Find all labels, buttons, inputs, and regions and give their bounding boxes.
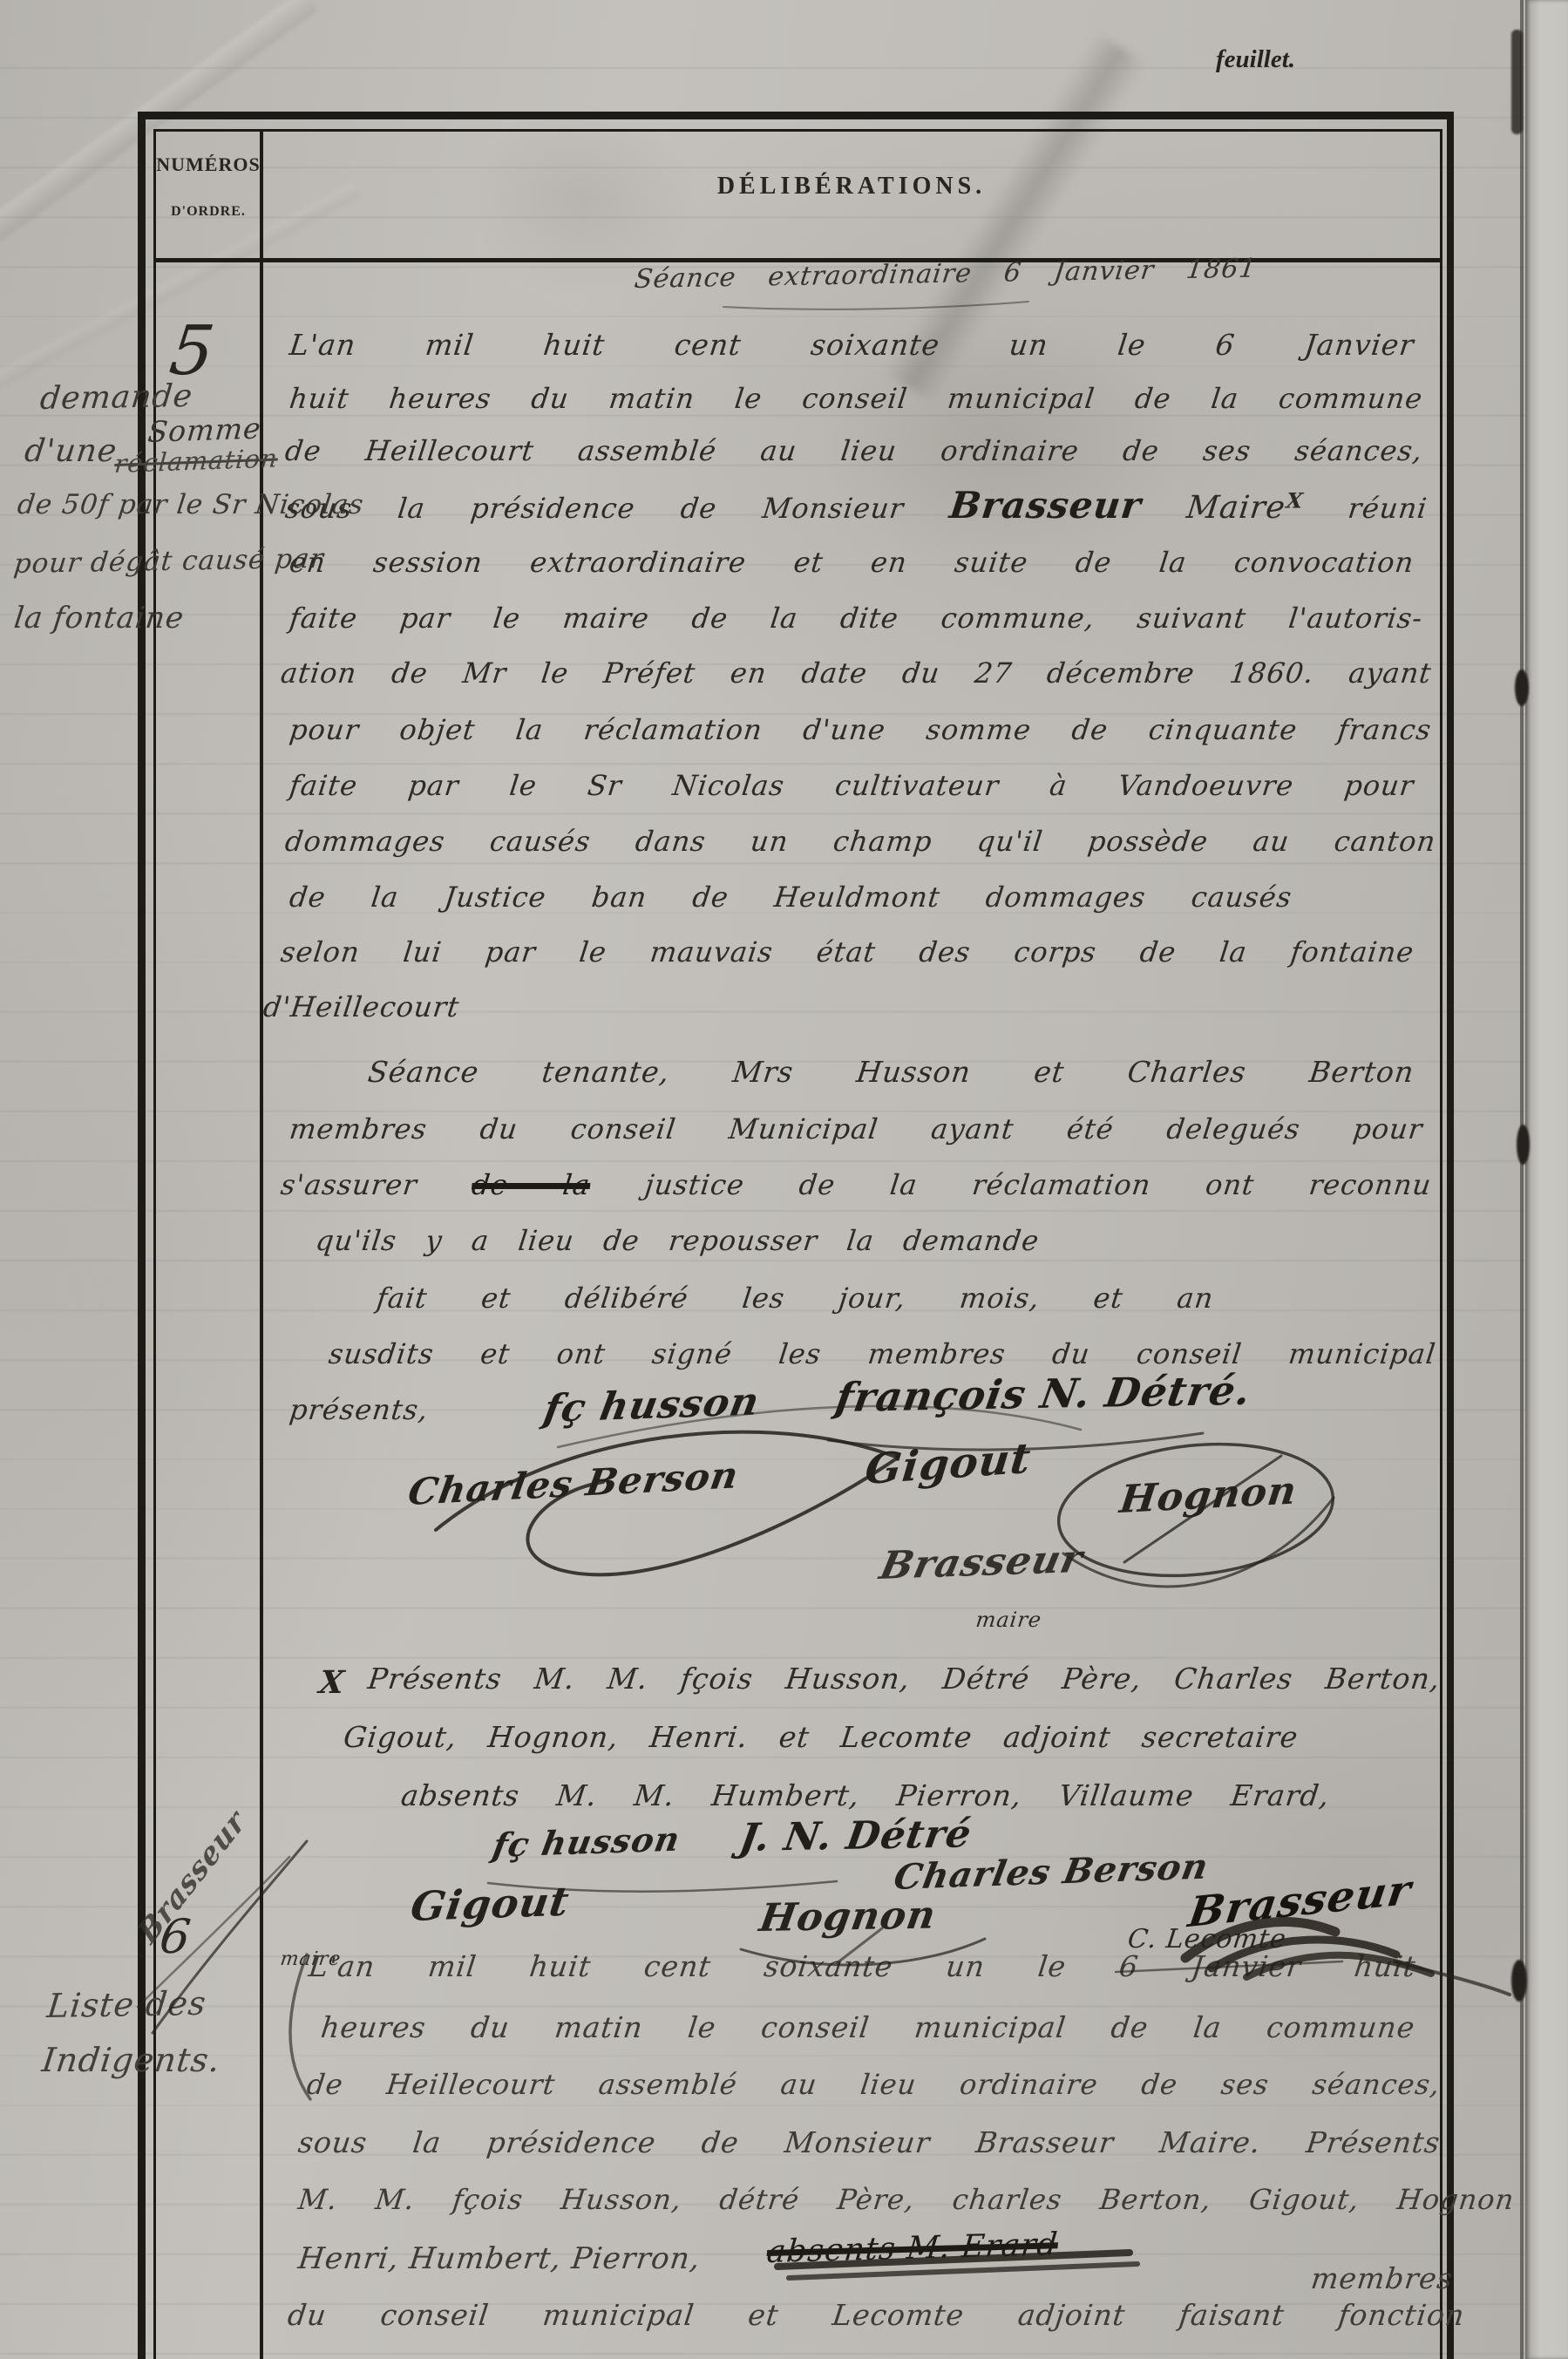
- folio-label: feuillet.: [1216, 45, 1295, 74]
- signature-husson: fç husson: [490, 1821, 683, 1865]
- binding-hole: [1515, 670, 1529, 706]
- binding-hole: [1517, 1125, 1530, 1165]
- signature-hognon: Hognon: [757, 1893, 939, 1940]
- signature-berson: Charles Berson: [405, 1454, 742, 1513]
- deliberation-line: du conseil municipal et Lecomte adjoint …: [286, 2300, 1467, 2332]
- presidence-text: Maire: [1184, 490, 1287, 526]
- struck-words: de la: [470, 1168, 592, 1201]
- deliberation-line: Henri, Humbert, Pierron,: [296, 2242, 703, 2275]
- document-page: feuillet. NUMÉROS D'ORDRE. DÉLIBÉRATIONS…: [0, 0, 1568, 2359]
- signature-detre: J. N. Détré: [736, 1812, 974, 1859]
- footnote-line: Présents M. M. fçois Husson, Détré Père,…: [366, 1663, 1442, 1696]
- deliberation-line: M. M. fçois Husson, détré Père, charles …: [296, 2185, 1516, 2216]
- deliberation-line: s'assurer de la justice de la réclamatio…: [279, 1170, 1433, 1201]
- table-border-top-inner: [153, 129, 1442, 132]
- struck-words: absents M. Erard: [765, 2227, 1060, 2270]
- footnote-line: absents M. M. Humbert, Pierron, Villaume…: [399, 1780, 1332, 1812]
- presidence-text: sous la présidence de Monsieur: [283, 492, 906, 525]
- signature-detre: françois N. Détré.: [832, 1369, 1254, 1421]
- margin-note-line: Indigents.: [40, 2042, 222, 2079]
- page-edge: [1525, 0, 1568, 2359]
- deliberation-line: dommages causés dans un champ qu'il poss…: [283, 826, 1437, 858]
- name-brasseur: Brasseur: [947, 484, 1144, 527]
- margin-note-line: d'une: [23, 434, 119, 469]
- deliberation-line: d'Heillecourt: [261, 992, 461, 1023]
- binding-hole: [1511, 1960, 1527, 2002]
- margin-note-line: demande: [38, 379, 194, 417]
- signature-hognon: Hognon: [1117, 1470, 1300, 1522]
- deliberation-line: fait et délibéré les jour, mois, et an: [375, 1283, 1215, 1315]
- deliberation-line: heures du matin le conseil municipal de …: [319, 2012, 1417, 2044]
- deliberation-line: ation de Mr le Préfet en date du 27 déce…: [279, 658, 1433, 690]
- margin-note-line: pour dégât causé par: [12, 544, 325, 580]
- footnote-mark-inline: X: [1285, 487, 1305, 513]
- deliberation-line: membres du conseil Municipal ayant été d…: [288, 1114, 1424, 1146]
- deliberation-line: faite par le Sr Nicolas cultivateur à Va…: [288, 771, 1415, 802]
- deliberation-line: en session extraordinaire et en suite de…: [288, 547, 1415, 579]
- table-border-top-outer: [138, 112, 1454, 119]
- signature-gigout: Gigout: [408, 1880, 573, 1930]
- binding-mark: [1511, 30, 1523, 134]
- margin-note-struck: réclamation: [113, 445, 279, 479]
- signature-berson: Charles Berson: [891, 1848, 1212, 1898]
- column-header-deliberations: DÉLIBÉRATIONS.: [263, 173, 1440, 201]
- deliberation-line-presidence: sous la présidence de Monsieur Brasseur …: [283, 485, 1430, 526]
- deliberation-line: L'an mil huit cent soixante un le 6 Janv…: [288, 330, 1416, 362]
- deliberation-line: pour objet la réclamation d'une somme de…: [288, 715, 1433, 746]
- flourish-stroke: [723, 302, 1028, 309]
- deliberation-line: sous la présidence de Monsieur Brasseur …: [296, 2127, 1442, 2159]
- deliberation-line: Séance tenante, Mrs Husson et Charles Be…: [366, 1057, 1416, 1089]
- deliberation-line: huit heures du matin le conseil municipa…: [288, 384, 1424, 415]
- footnote-mark: X: [317, 1665, 347, 1700]
- column-header-dordre: D'ORDRE.: [156, 204, 261, 220]
- deliberation-line: présents,: [288, 1395, 431, 1426]
- footnote-line: Gigout, Hognon, Henri. et Lecomte adjoin…: [342, 1722, 1300, 1754]
- deliberation-text: justice de la réclamation ont reconnu: [643, 1168, 1434, 1201]
- binding-fold-line: [1520, 0, 1524, 2359]
- deliberation-line: de Heillecourt assemblé au lieu ordinair…: [305, 2070, 1442, 2101]
- deliberation-line: L'an mil huit cent soixante un le 6 Janv…: [307, 1951, 1418, 1983]
- deliberation-line: susdits et ont signé les membres du cons…: [327, 1339, 1437, 1370]
- signature-brasseur: Brasseur: [876, 1538, 1087, 1587]
- deliberation-text: membres: [1309, 2263, 1455, 2295]
- signature-title-maire: maire: [974, 1608, 1043, 1632]
- deliberation-line: de Heillecourt assemblé au lieu ordinair…: [283, 436, 1424, 467]
- margin-note-insert: Somme: [146, 412, 262, 448]
- presidence-text: réuni: [1346, 492, 1429, 525]
- deliberation-text: s'assurer: [279, 1168, 419, 1201]
- margin-note-line: la fontaine: [12, 602, 186, 635]
- signature-gigout: Gigout: [863, 1436, 1033, 1494]
- deliberation-line: de la Justice ban de Heuldmont dommages …: [288, 882, 1293, 914]
- deliberation-line: qu'ils y a lieu de repousser la demande: [314, 1226, 1041, 1257]
- signature-brasseur-diagonal: Brasseur: [132, 1804, 252, 1951]
- deliberation-line: faite par le maire de la dite commune, s…: [288, 603, 1424, 635]
- signature-husson: fç husson: [540, 1380, 763, 1431]
- margin-note-line: Liste des: [45, 1985, 208, 2025]
- signature-brasseur-heavy: Brasseur: [1185, 1867, 1415, 1937]
- table-border-right-inner: [1440, 129, 1442, 2359]
- table-border-right-outer: [1447, 112, 1454, 2359]
- deliberation-line: selon lui par le mauvais état des corps …: [279, 937, 1415, 969]
- order-number-6: 6: [157, 1911, 194, 1963]
- column-header-numeros: NUMÉROS: [156, 153, 261, 176]
